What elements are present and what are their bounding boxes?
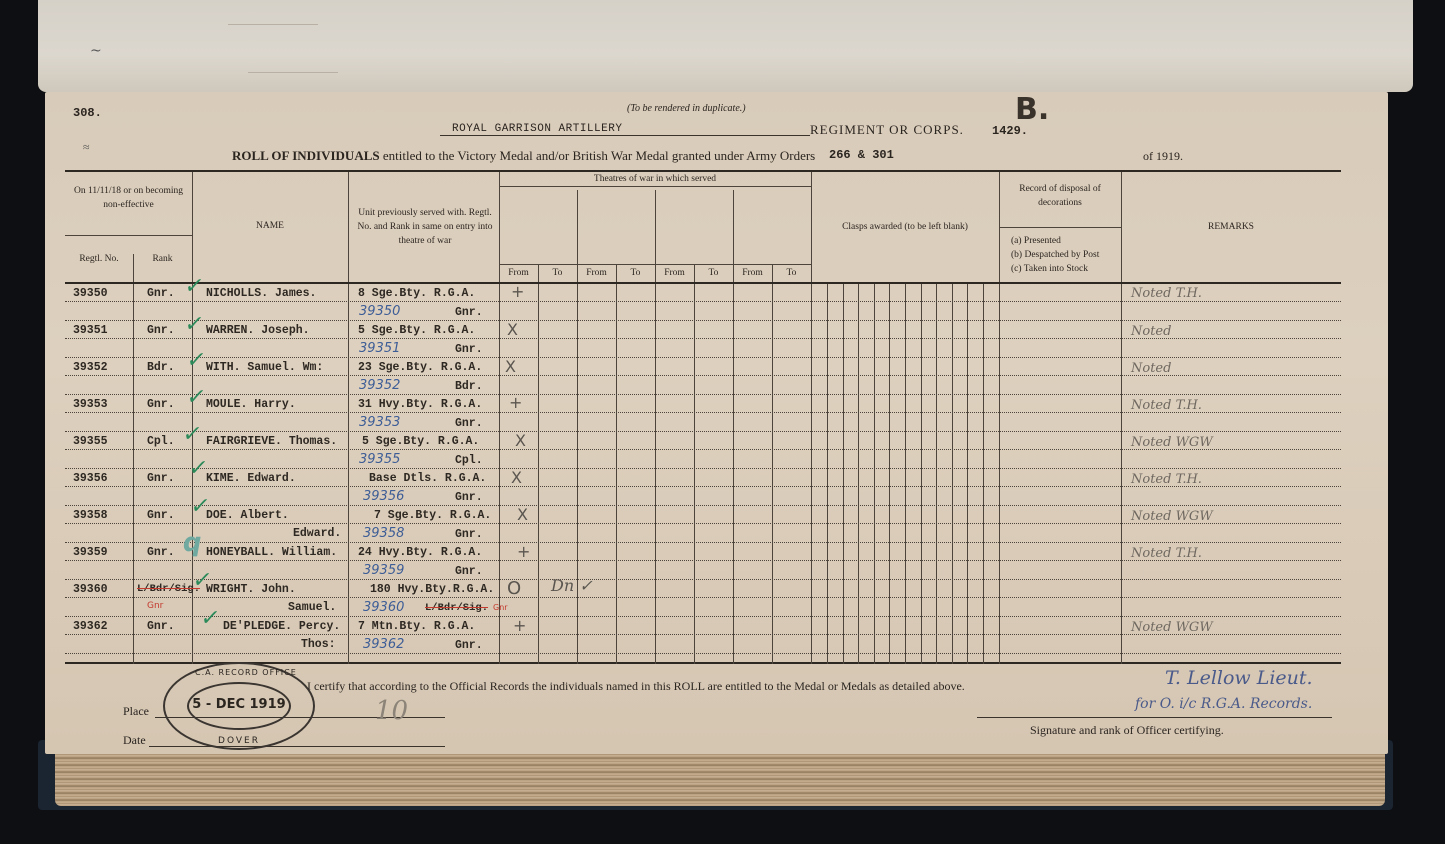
- stamp-office-name: C.A. RECORD OFFICE: [195, 668, 297, 677]
- date-label: Date: [123, 733, 146, 748]
- header-to-3: To: [694, 266, 733, 280]
- header-disposal: Record of disposal of decorations: [999, 182, 1121, 210]
- check-mark-icon: ✓: [185, 385, 208, 410]
- regtl-no: 39350: [73, 287, 108, 300]
- rank: Gnr.: [147, 620, 175, 633]
- theatre-mark: +: [509, 393, 522, 412]
- roll-title-rest: entitled to the Victory Medal and/or Bri…: [383, 148, 815, 163]
- unit: 7 Mtn.Bty. R.G.A.: [358, 620, 475, 633]
- name: HONEYBALL. William.: [206, 546, 337, 559]
- regtl-no: 39362: [73, 620, 108, 633]
- annotation-mark-icon: q: [180, 528, 204, 558]
- regtl-no: 39356: [73, 472, 108, 485]
- header-effective-group: On 11/11/18 or on becoming non-effective: [65, 184, 192, 212]
- name: KIME. Edward.: [206, 472, 296, 485]
- pencil-squiggle-icon: ≈: [83, 140, 90, 155]
- theatre-mark: X: [507, 320, 518, 339]
- check-mark-icon: ✓: [185, 348, 208, 373]
- header-from-2: From: [577, 266, 616, 280]
- unit-regtl-no: 39352: [359, 378, 400, 393]
- rank: Gnr.: [147, 287, 175, 300]
- officer-signature-title: for O. i/c R.G.A. Records.: [1135, 696, 1312, 712]
- check-mark-icon: ✓: [199, 606, 222, 631]
- rank: Gnr.: [147, 398, 175, 411]
- unit: 31 Hvy.Bty. R.G.A.: [358, 398, 482, 411]
- unit-rank-struck: L/Bdr/Sig.: [425, 602, 488, 614]
- remark: Noted: [1131, 324, 1171, 339]
- unit: 5 Sge.Bty. R.G.A.: [362, 435, 479, 448]
- name: FAIRGRIEVE. Thomas.: [206, 435, 337, 448]
- name: WITH. Samuel. Wm:: [206, 361, 323, 374]
- book-page-edges: [55, 748, 1385, 806]
- header-to-2: To: [616, 266, 655, 280]
- unit: 8 Sge.Bty. R.G.A.: [358, 287, 475, 300]
- duplicate-note: (To be rendered in duplicate.): [627, 103, 746, 114]
- medal-roll-table: On 11/11/18 or on becoming non-effective…: [65, 170, 1341, 664]
- unit-regtl-no: 39353: [359, 415, 400, 430]
- regtl-no: 39360: [73, 583, 108, 596]
- name: WARREN. Joseph.: [206, 324, 310, 337]
- rank: Gnr.: [147, 509, 175, 522]
- unit: 180 Hvy.Bty.R.G.A.: [370, 583, 494, 596]
- unit-rank: Gnr.: [455, 491, 483, 504]
- header-disposal-c: (c) Taken into Stock: [1011, 262, 1121, 276]
- header-from-4: From: [733, 266, 772, 280]
- name-continuation: Edward.: [293, 527, 341, 540]
- header-remarks: REMARKS: [1121, 220, 1341, 234]
- roll-year: of 1919.: [1143, 149, 1183, 164]
- unit-regtl-no: 39351: [359, 341, 400, 356]
- rank: Bdr.: [147, 361, 175, 374]
- stamp-date: 5 - DEC 1919: [189, 697, 289, 712]
- theatre-mark: X: [515, 431, 526, 450]
- header-theatres: Theatres of war in which served: [499, 172, 811, 186]
- check-mark-icon: ✓: [181, 422, 204, 447]
- unit-rank: Gnr.: [455, 528, 483, 541]
- rank: Gnr.: [147, 546, 175, 559]
- theatre-mark: X: [511, 468, 522, 487]
- name: WRIGHT. John.: [206, 583, 296, 596]
- corps-number: 1429.: [992, 124, 1028, 138]
- theatre-mark: +: [513, 616, 526, 635]
- unit-rank: Gnr.: [455, 565, 483, 578]
- check-mark-icon: ✓: [183, 312, 206, 337]
- previous-page: ~: [38, 0, 1413, 92]
- unit: 7 Sge.Bty. R.G.A.: [374, 509, 491, 522]
- roll-title: ROLL OF INDIVIDUALS entitled to the Vict…: [232, 148, 815, 164]
- army-orders: 266 & 301: [829, 148, 894, 162]
- header-to-1: To: [538, 266, 577, 280]
- stamp-inner-ring: 5 - DEC 1919: [187, 682, 291, 730]
- remark: Noted T.H.: [1131, 286, 1202, 301]
- rank: Cpl.: [147, 435, 175, 448]
- theatre-note: Dn ✓: [551, 576, 593, 595]
- name: DE'PLEDGE. Percy.: [223, 620, 340, 633]
- remark: Noted T.H.: [1131, 472, 1202, 487]
- regtl-no: 39353: [73, 398, 108, 411]
- header-from-1: From: [499, 266, 538, 280]
- header-unit: Unit previously served with. Regtl. No. …: [357, 206, 493, 248]
- name-continuation: Thos:: [301, 638, 336, 651]
- header-disposal-b: (b) Despatched by Post: [1011, 248, 1121, 262]
- header-name: NAME: [192, 219, 348, 233]
- date-field: [149, 746, 445, 747]
- unit-regtl-no: 39355: [359, 452, 400, 467]
- rank-correction: Gnr: [147, 601, 163, 611]
- header-to-4: To: [772, 266, 811, 280]
- page-number: 308.: [73, 106, 102, 120]
- header-clasps: Clasps awarded (to be left blank): [811, 220, 999, 234]
- unit-rank: Cpl.: [455, 454, 483, 467]
- unit: 23 Sge.Bty. R.G.A.: [358, 361, 482, 374]
- previous-page-mark: ~: [90, 43, 102, 59]
- header-from-3: From: [655, 266, 694, 280]
- unit-rank: Gnr.: [455, 639, 483, 652]
- remark: Noted WGW: [1131, 435, 1213, 450]
- theatre-mark: X: [505, 357, 516, 376]
- unit-rank-correction: Gnr: [493, 603, 508, 612]
- check-mark-icon: ✓: [183, 274, 206, 299]
- corps-name: ROYAL GARRISON ARTILLERY: [440, 123, 810, 136]
- regtl-no: 39359: [73, 546, 108, 559]
- unit-rank: Bdr.: [455, 380, 483, 393]
- theatre-mark: +: [511, 282, 524, 301]
- name-continuation: Samuel.: [288, 601, 336, 614]
- regtl-no: 39355: [73, 435, 108, 448]
- name: MOULE. Harry.: [206, 398, 296, 411]
- unit-regtl-no: 39350: [359, 304, 400, 319]
- unit-regtl-no: 39360: [363, 600, 404, 615]
- unit-regtl-no: 39356: [363, 489, 404, 504]
- header-disposal-a: (a) Presented: [1011, 234, 1121, 248]
- signature-line: [977, 717, 1332, 718]
- unit-rank: Gnr.: [455, 306, 483, 319]
- roll-title-bold: ROLL OF INDIVIDUALS: [232, 148, 380, 163]
- unit-rank: Gnr.: [455, 343, 483, 356]
- unit: 24 Hvy.Bty. R.G.A.: [358, 546, 482, 559]
- remark: Noted: [1131, 361, 1171, 376]
- entry-count: 10: [375, 696, 408, 726]
- unit-rank: Gnr.: [455, 417, 483, 430]
- unit-regtl-no: 39362: [363, 637, 404, 652]
- form-mark: B.: [1015, 92, 1049, 127]
- certification-text: I certify that according to the Official…: [307, 679, 965, 694]
- unit: 5 Sge.Bty. R.G.A.: [358, 324, 475, 337]
- header-regtl-no: Regtl. No.: [65, 252, 133, 266]
- theatre-mark: X: [517, 505, 528, 524]
- header-rank: Rank: [133, 252, 192, 266]
- remark: Noted T.H.: [1131, 546, 1202, 561]
- unit: Base Dtls. R.G.A.: [369, 472, 486, 485]
- remark: Noted WGW: [1131, 620, 1213, 635]
- rank: Gnr.: [147, 472, 175, 485]
- officer-signature: T. Lellow Lieut.: [1165, 667, 1313, 689]
- regtl-no: 39358: [73, 509, 108, 522]
- rank: Gnr.: [147, 324, 175, 337]
- unit-regtl-no: 39358: [363, 526, 404, 541]
- remark: Noted T.H.: [1131, 398, 1202, 413]
- remark: Noted WGW: [1131, 509, 1213, 524]
- theatre-mark: O: [507, 578, 521, 599]
- theatre-mark: +: [517, 542, 530, 561]
- stamp-location: DOVER: [165, 736, 313, 746]
- unit-regtl-no: 39359: [363, 563, 404, 578]
- document-page: 308. (To be rendered in duplicate.) B. R…: [45, 92, 1388, 754]
- signature-label: Signature and rank of Officer certifying…: [1030, 723, 1224, 738]
- corps-label: REGIMENT OR CORPS.: [810, 122, 964, 138]
- regtl-no: 39351: [73, 324, 108, 337]
- record-office-stamp: C.A. RECORD OFFICE 5 - DEC 1919 DOVER: [163, 662, 315, 750]
- name: DOE. Albert.: [206, 509, 289, 522]
- name: NICHOLLS. James.: [206, 287, 316, 300]
- regtl-no: 39352: [73, 361, 108, 374]
- place-label: Place: [123, 704, 149, 719]
